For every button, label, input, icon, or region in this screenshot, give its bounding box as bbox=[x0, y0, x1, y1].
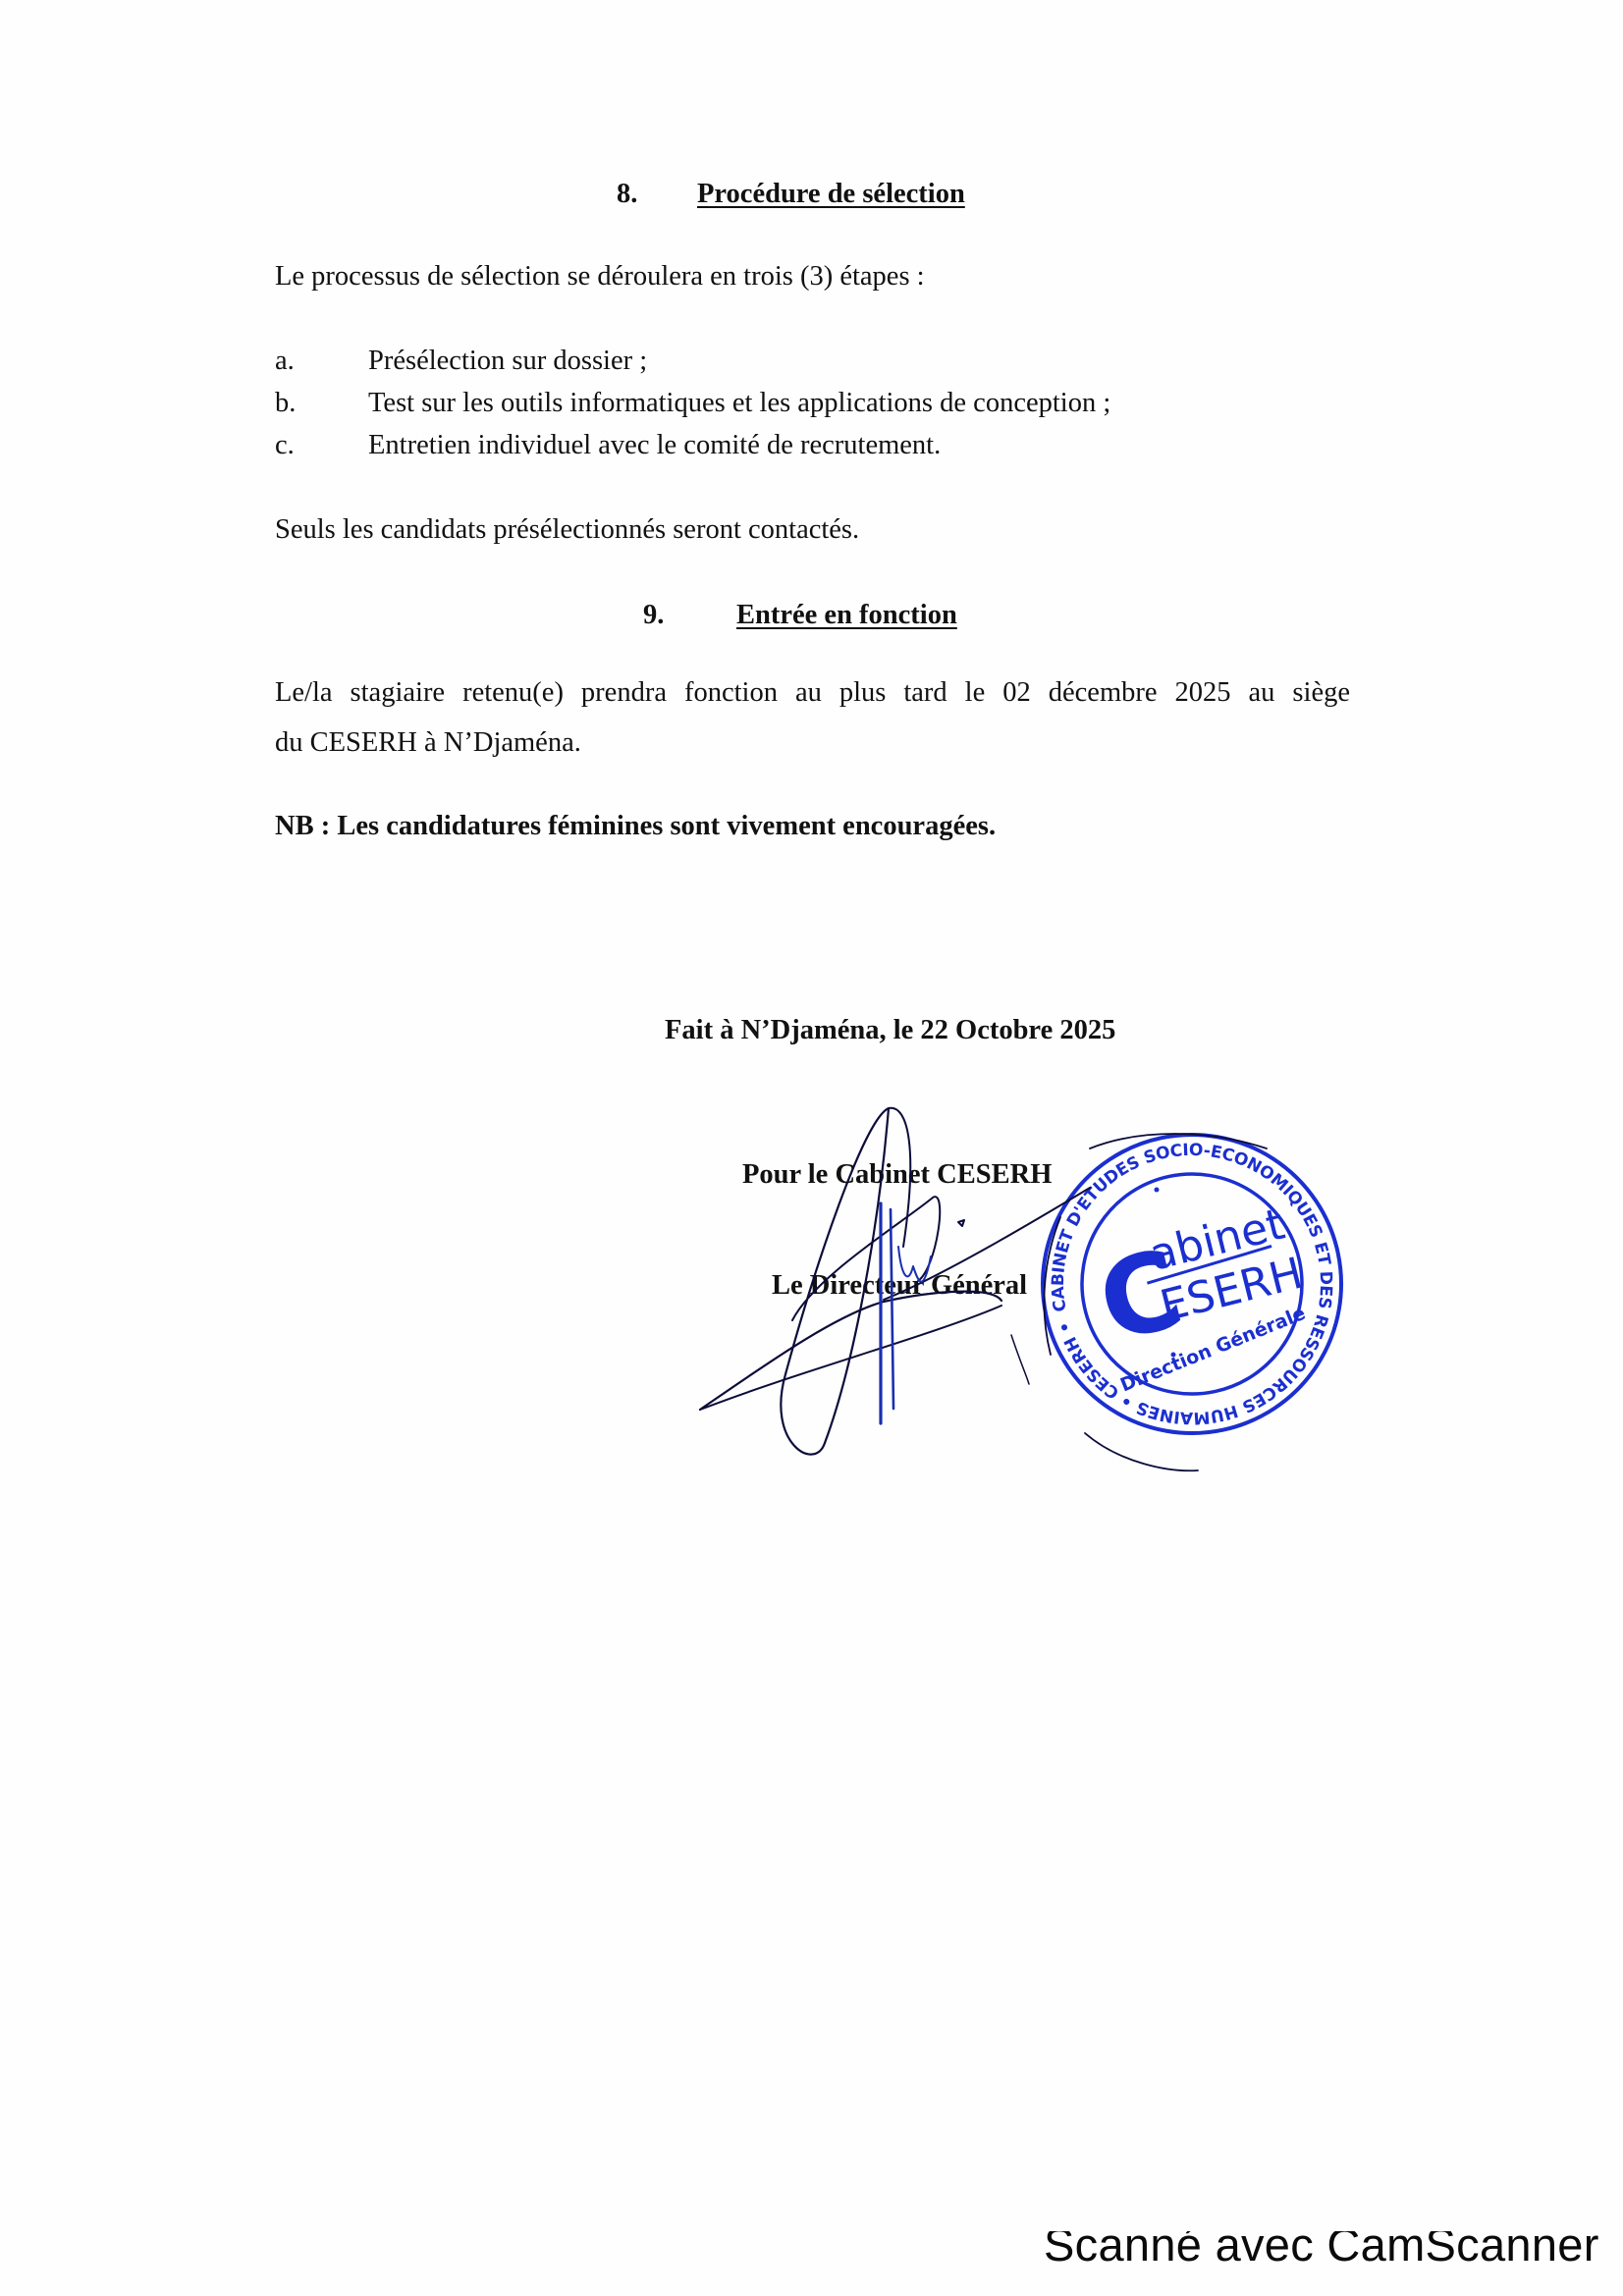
scanner-watermark-text: Scanné avec CamScanner bbox=[1044, 2231, 1599, 2268]
stamp-center-bottom: ESERH bbox=[1156, 1249, 1308, 1332]
stamp-subtitle: Direction Générale bbox=[1117, 1303, 1309, 1397]
section-8-intro: Le processus de sélection se déroulera e… bbox=[275, 263, 925, 292]
nb-note: NB : Les candidatures féminines sont viv… bbox=[275, 813, 996, 841]
document-page: 8. Procédure de sélection Le processus d… bbox=[0, 0, 1623, 2296]
step-c-label: c. bbox=[275, 432, 295, 460]
handwritten-signature bbox=[0, 0, 1623, 2296]
step-a-label: a. bbox=[275, 347, 295, 376]
scanner-watermark: Scanné avec CamScanner bbox=[1036, 2231, 1605, 2280]
on-behalf-label: Pour le Cabinet CESERH bbox=[742, 1161, 1052, 1190]
step-b-label: b. bbox=[275, 390, 296, 418]
section-9-number: 9. bbox=[643, 602, 664, 630]
stamp-ring-text: CABINET D'ETUDES SOCIO-ECONOMIQUES ET DE… bbox=[1022, 1114, 1363, 1455]
section-9-paragraph-line-2: du CESERH à N’Djaména. bbox=[275, 727, 581, 758]
signatory-title: Le Directeur Général bbox=[772, 1272, 1027, 1301]
step-b-text: Test sur les outils informatiques et les… bbox=[368, 390, 1110, 418]
stamp-initial: C bbox=[1087, 1225, 1194, 1366]
section-9-paragraph: Le/la stagiaire retenu(e) prendra foncti… bbox=[275, 667, 1350, 768]
section-9-title: Entrée en fonction bbox=[736, 602, 957, 630]
section-8-note: Seuls les candidats présélectionnés sero… bbox=[275, 516, 859, 545]
stamp-center-top: abinet bbox=[1145, 1200, 1290, 1281]
place-and-date: Fait à N’Djaména, le 22 Octobre 2025 bbox=[665, 1017, 1115, 1045]
section-9-paragraph-line-1: Le/la stagiaire retenu(e) prendra foncti… bbox=[275, 667, 1350, 718]
section-8-number: 8. bbox=[617, 181, 637, 209]
company-stamp: CABINET D'ETUDES SOCIO-ECONOMIQUES ET DE… bbox=[0, 0, 1623, 2296]
section-8-title: Procédure de sélection bbox=[697, 181, 965, 209]
step-a-text: Présélection sur dossier ; bbox=[368, 347, 647, 376]
step-c-text: Entretien individuel avec le comité de r… bbox=[368, 432, 941, 460]
